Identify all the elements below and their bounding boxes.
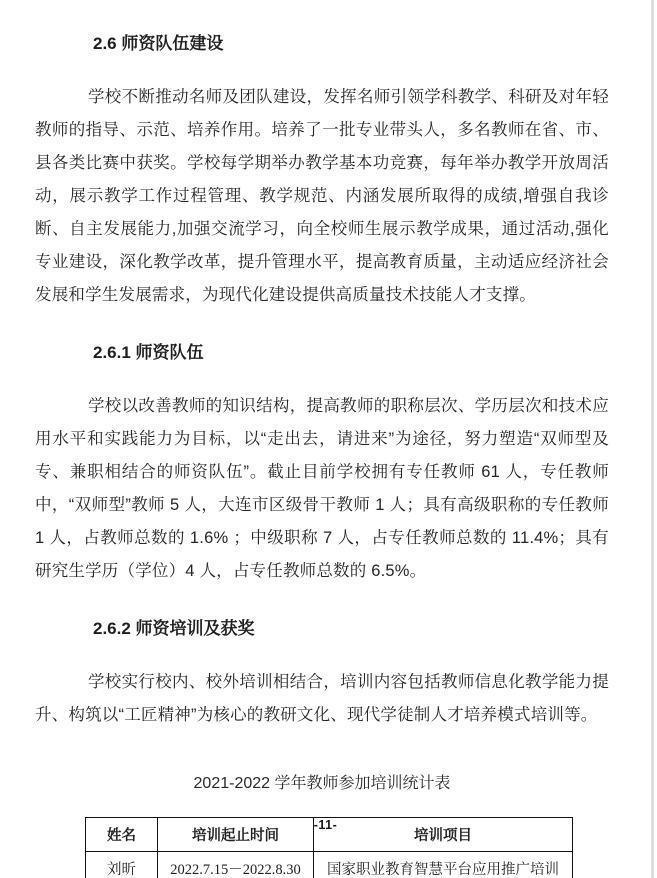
cell-teacher-name: 刘昕 <box>86 852 158 878</box>
section-2-6-2-paragraph: 学校实行校内、校外培训相结合，培训内容包括教师信息化教学能力提升、构筑以“工匠精… <box>35 666 609 732</box>
document-content: 2.6 师资队伍建设 学校不断推动名师及团队建设，发挥名师引领学科教学、科研及对… <box>0 0 657 878</box>
page-edge-divider <box>651 0 654 878</box>
table-row: 刘昕 2022.7.15－2022.8.30 国家职业教育智慧平台应用推广培训 <box>86 852 573 878</box>
section-2-6-1-paragraph: 学校以改善教师的知识结构，提高教师的职称层次、学历层次和技术应用水平和实践能力为… <box>35 390 609 588</box>
cell-training-project: 国家职业教育智慧平台应用推广培训 <box>314 852 573 878</box>
cell-training-period: 2022.7.15－2022.8.30 <box>158 852 314 878</box>
document-page: 2.6 师资队伍建设 学校不断推动名师及团队建设，发挥名师引领学科教学、科研及对… <box>0 0 657 878</box>
page-number: -11- <box>0 818 651 832</box>
section-heading-2-6-2: 2.6.2 师资培训及获奖 <box>93 618 609 640</box>
section-2-6-paragraph: 学校不断推动名师及团队建设，发挥名师引领学科教学、科研及对年轻教师的指导、示范、… <box>35 81 609 312</box>
training-table-title: 2021-2022 学年教师参加培训统计表 <box>35 770 609 793</box>
section-heading-2-6: 2.6 师资队伍建设 <box>93 33 609 55</box>
section-heading-2-6-1: 2.6.1 师资队伍 <box>93 342 609 364</box>
